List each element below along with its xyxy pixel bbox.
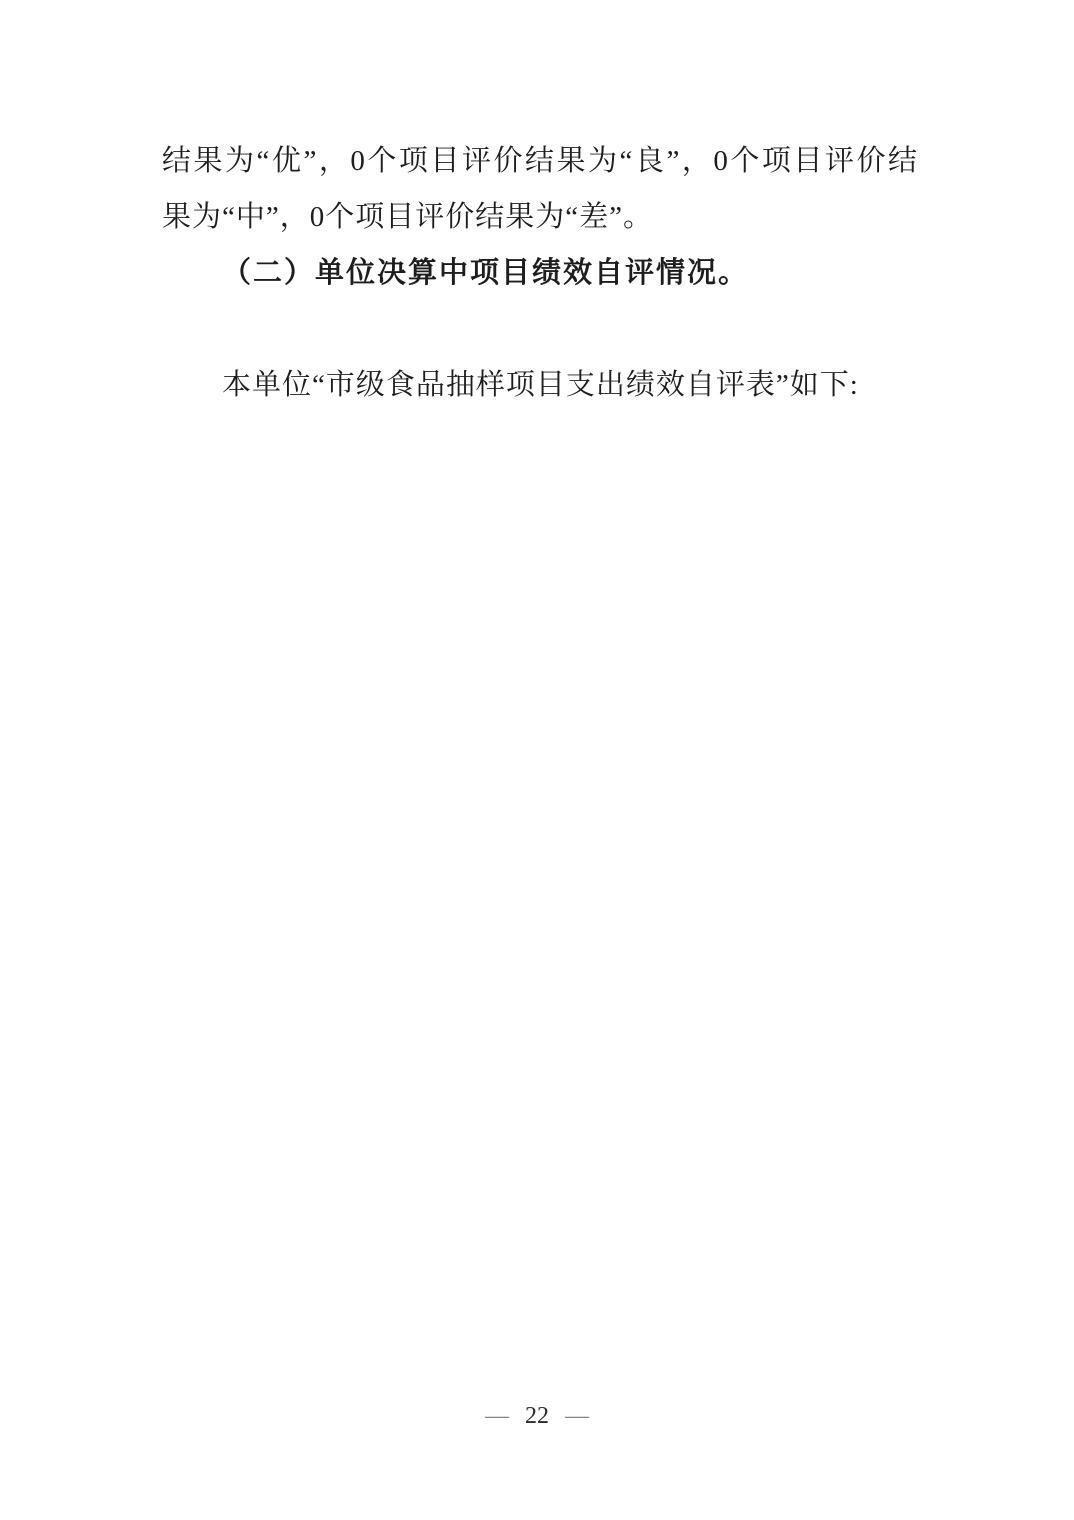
page-body-text: 结果为“优”，0个项目评价结果为“良”，0个项目评价结 果为“中”，0个项目评价… [162,133,918,413]
paragraph-line-2: 果为“中”，0个项目评价结果为“差”。 [162,189,918,245]
section-heading: （二）单位决算中项目绩效自评情况。 [162,245,918,301]
document-page: 结果为“优”，0个项目评价结果为“良”，0个项目评价结 果为“中”，0个项目评价… [0,0,1074,1520]
footer-left-dash: — [485,1403,509,1429]
footer-right-dash: — [565,1403,589,1429]
page-footer: —22— [0,1398,1074,1434]
intro-paragraph: 本单位“市级食品抽样项目支出绩效自评表”如下: [162,357,918,413]
paragraph-line-1: 结果为“优”，0个项目评价结果为“良”，0个项目评价结 [162,133,918,189]
blank-line [162,301,918,357]
page-number: 22 [525,1403,549,1429]
